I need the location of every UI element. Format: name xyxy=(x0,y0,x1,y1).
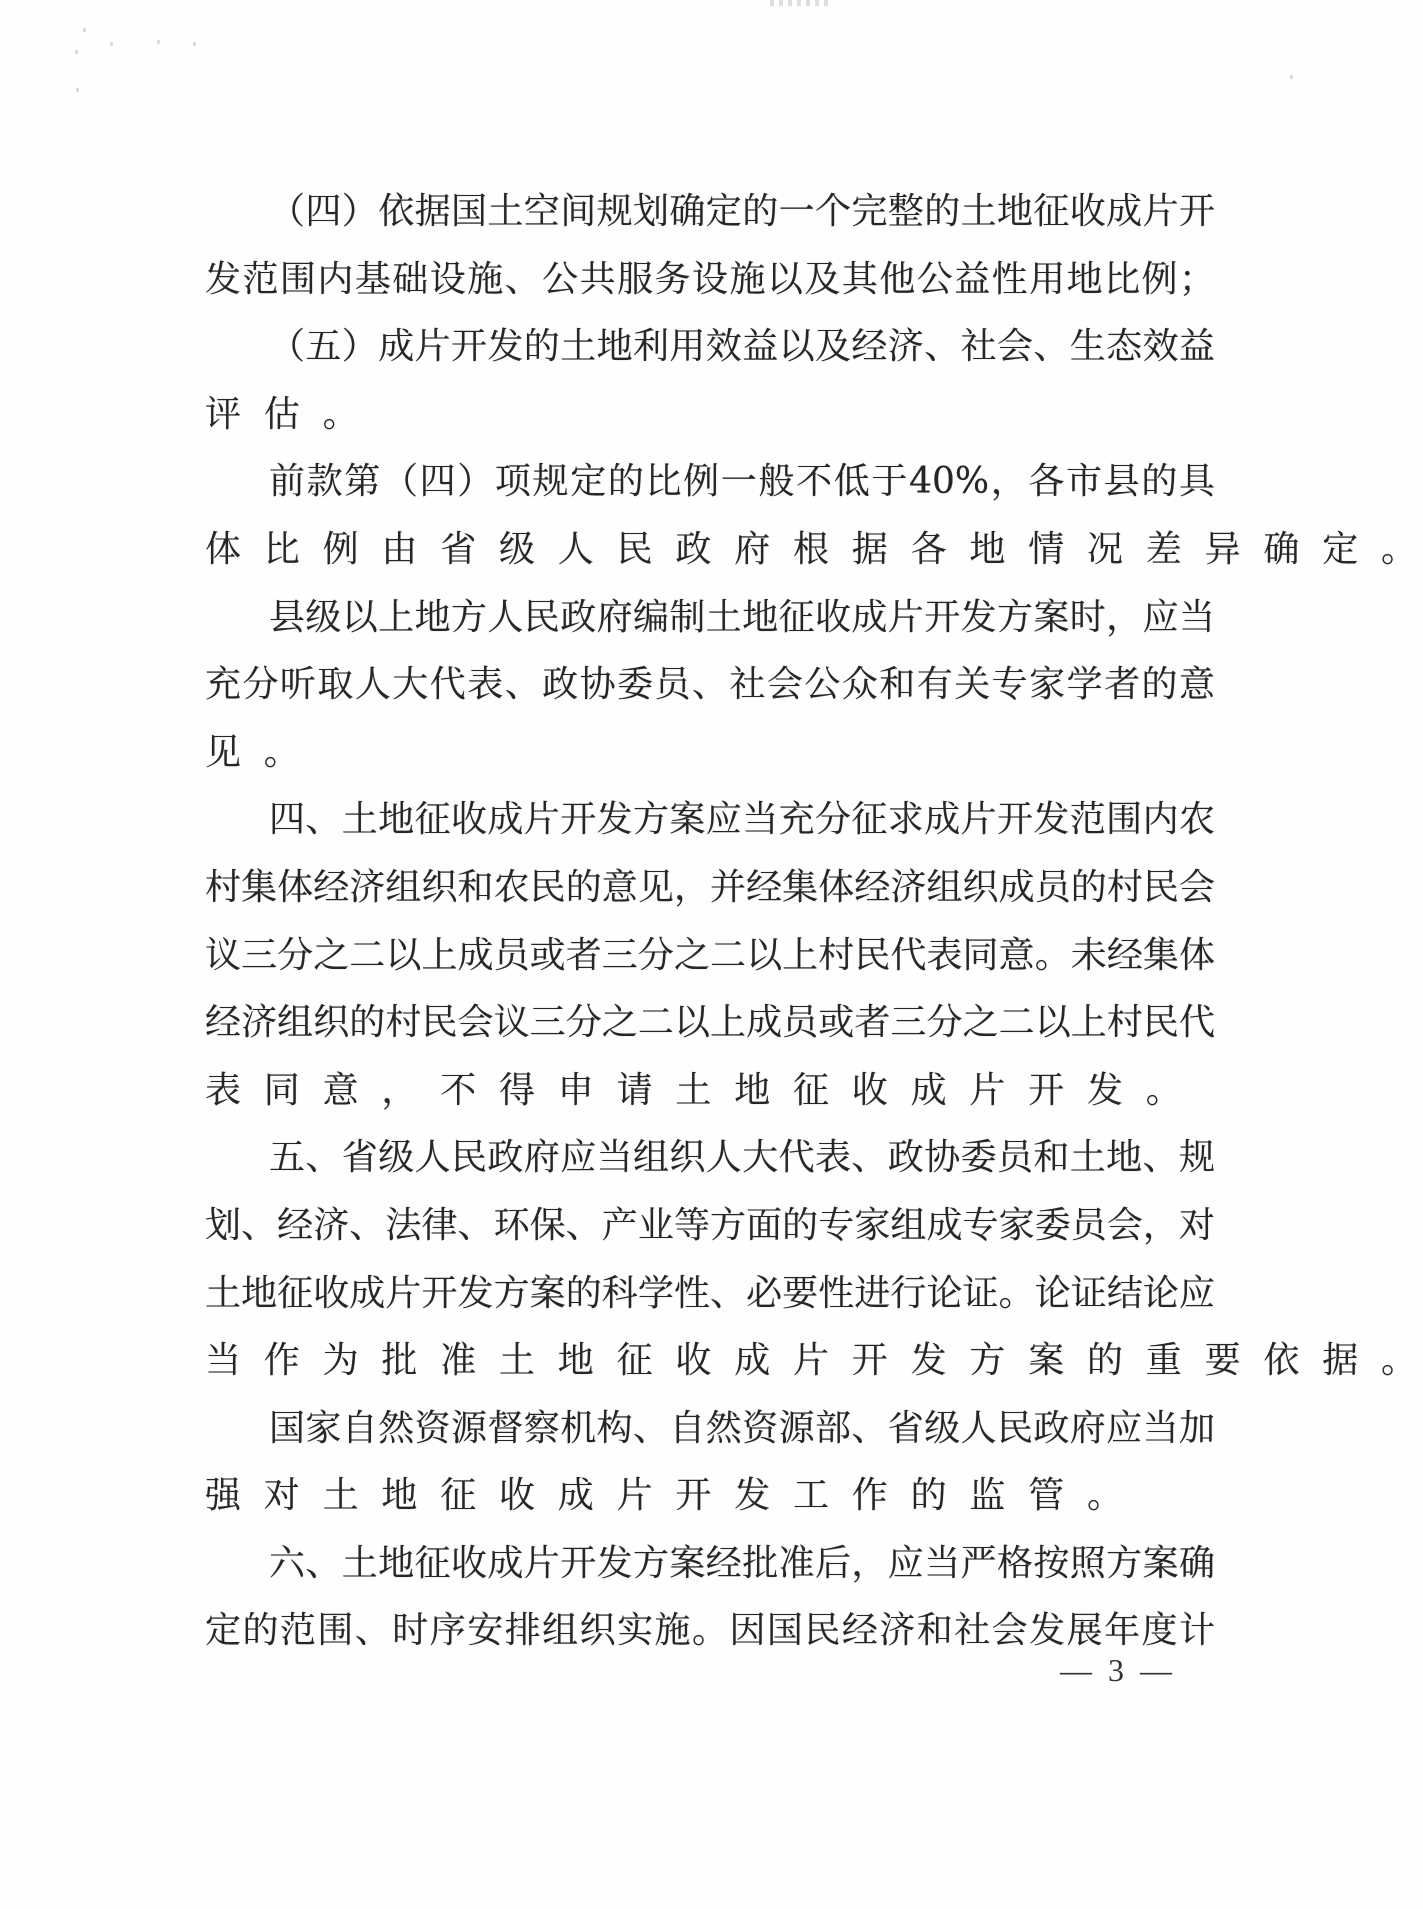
text-line: 强对土地征收成片开发工作的监管。 xyxy=(205,1462,1215,1530)
text-line: （五）成片开发的土地利用效益以及经济、社会、生态效益 xyxy=(205,313,1215,381)
document-page: （四）依据国土空间规划确定的一个完整的土地征收成片开 发范围内基础设施、公共服务… xyxy=(0,0,1423,1909)
page-number: — 3 — xyxy=(1060,1652,1176,1689)
text-line: 发范围内基础设施、公共服务设施以及其他公益性用地比例； xyxy=(205,246,1215,314)
text-line: 国家自然资源督察机构、自然资源部、省级人民政府应当加 xyxy=(205,1395,1215,1463)
text-line: 村集体经济组织和农民的意见，并经集体经济组织成员的村民会 xyxy=(205,854,1215,922)
document-body: （四）依据国土空间规划确定的一个完整的土地征收成片开 发范围内基础设施、公共服务… xyxy=(205,178,1215,1665)
text-line: 五、省级人民政府应当组织人大代表、政协委员和土地、规 xyxy=(205,1124,1215,1192)
scan-speck xyxy=(193,42,196,46)
text-line: 六、土地征收成片开发方案经批准后，应当严格按照方案确 xyxy=(205,1530,1215,1598)
scan-speck xyxy=(157,40,160,44)
text-line: 体比例由省级人民政府根据各地情况差异确定。 xyxy=(205,516,1215,584)
text-line: 划、经济、法律、环保、产业等方面的专家组成专家委员会，对 xyxy=(205,1192,1215,1260)
scan-speck xyxy=(110,42,113,46)
text-line: 表同意，不得申请土地征收成片开发。 xyxy=(205,1057,1215,1125)
scan-speck xyxy=(75,50,78,54)
text-line: 评估。 xyxy=(205,381,1215,449)
text-line: 议三分之二以上成员或者三分之二以上村民代表同意。未经集体 xyxy=(205,922,1215,990)
scan-residue-mark xyxy=(770,0,830,6)
text-line: （四）依据国土空间规划确定的一个完整的土地征收成片开 xyxy=(205,178,1215,246)
scan-speck xyxy=(76,88,79,92)
text-line: 前款第（四）项规定的比例一般不低于40%，各市县的具 xyxy=(205,448,1215,516)
text-line: 经济组织的村民会议三分之二以上成员或者三分之二以上村民代 xyxy=(205,989,1215,1057)
text-line: 县级以上地方人民政府编制土地征收成片开发方案时，应当 xyxy=(205,584,1215,652)
text-line: 见。 xyxy=(205,719,1215,787)
scan-speck xyxy=(1290,75,1293,79)
text-line: 当作为批准土地征收成片开发方案的重要依据。 xyxy=(205,1327,1215,1395)
text-line: 四、土地征收成片开发方案应当充分征求成片开发范围内农 xyxy=(205,786,1215,854)
text-line: 充分听取人大代表、政协委员、社会公众和有关专家学者的意 xyxy=(205,651,1215,719)
text-line: 土地征收成片开发方案的科学性、必要性进行论证。论证结论应 xyxy=(205,1260,1215,1328)
scan-speck xyxy=(83,28,86,32)
